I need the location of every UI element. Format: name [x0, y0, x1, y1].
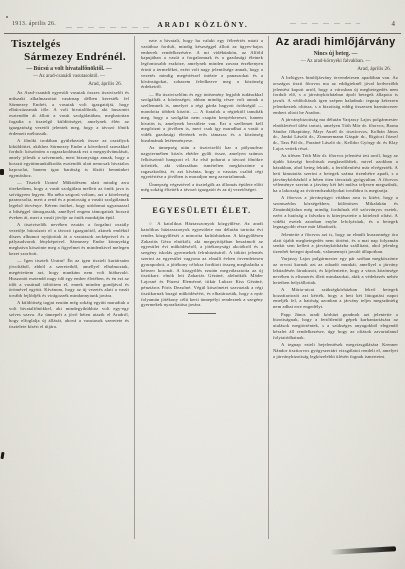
section-heading: EGYESÜLETI ÉLET. — [141, 206, 263, 215]
body-paragraph: Az ülésen Tóth Mór dr. főorvos jelentést… — [273, 153, 398, 194]
left-column: Tisztelgés Sármezey Endrénél. — Búcsú a … — [9, 38, 129, 331]
masthead: 1913. április 26. ARADI KÖZLÖNY. 4 — [8, 19, 398, 32]
body-paragraph: A belügyes himlőjárvány örvendetesen apa… — [273, 75, 398, 116]
body-paragraph: Az ünnepség után a tisztviselői kar a pá… — [141, 145, 263, 180]
body-paragraph: Ünnepség végeztével a tisztelgők az állo… — [141, 182, 263, 194]
body-paragraph: — Ha tisztviselőim és egy intézmény legj… — [141, 92, 263, 144]
middle-column: ezte a hivatalt, hogy ha valaki egy félr… — [141, 38, 263, 314]
newspaper-scan-page: 1913. április 26. ARADI KÖZLÖNY. 4 Tiszt… — [0, 0, 405, 569]
left-article-headline-line1: Tisztelgés — [9, 38, 129, 50]
body-paragraph: A Mária-utcai szükségkórházban fekvő bet… — [273, 287, 398, 310]
body-paragraph: Varjassy Lajos polgármester egy pár szób… — [273, 256, 398, 285]
body-paragraph: A küldöttség tagjai ezután még sokáig eg… — [9, 300, 129, 329]
header-rule — [4, 33, 401, 34]
page-number: 4 — [392, 20, 396, 28]
ink-smudge — [330, 546, 396, 554]
article-end-rule — [188, 313, 216, 314]
right-article-subdeck: — Az arad-környéki falvakban. — — [273, 59, 398, 64]
body-paragraph: Jelentette a főorvos azt is, hogy az elm… — [273, 232, 398, 255]
section-body: ○ A katolikus Háziasszonyok közgyűlése. … — [141, 221, 263, 308]
body-paragraph: A tegnap esteli bejelentések megvizsgálá… — [273, 342, 398, 359]
left-article-deck: — Búcsú a volt hivatalfőnöktől. — — [9, 66, 129, 72]
middle-column-body: ezte a hivatalt, hogy ha valaki egy félr… — [141, 38, 263, 193]
masthead-rule-fragment — [290, 23, 360, 24]
ink-speck — [0, 169, 4, 175]
left-article-headline-line2: Sármezey Endrénél. — [9, 51, 129, 63]
body-paragraph: ezte a hivatalt, hogy ha valaki egy félr… — [141, 38, 263, 90]
right-column: Az aradi himlőjárvány Nincs új beteg. — … — [273, 36, 398, 361]
left-article-subdeck: — Az arad-csanádi vasutasoktól. — — [9, 74, 129, 79]
body-paragraph: — Tisztelt Uraim! Működésem alatt mindig… — [9, 180, 129, 221]
ink-speck — [6, 16, 8, 18]
left-article-body: Az Arad-csanádi egyesült vasutak összes … — [9, 90, 129, 329]
column-divider — [268, 36, 269, 539]
masthead-rule-fragment — [66, 27, 154, 28]
right-article-dateline: Arad, április 26. — [273, 66, 398, 72]
right-article-deck: Nincs új beteg. — — [273, 51, 398, 57]
left-article-dateline: Arad, április 26. — [9, 81, 129, 87]
body-paragraph: Papp János aradi kórházi gondnok azt jel… — [273, 312, 398, 341]
body-paragraph: — Igen tisztelt Uraim! Én az igen tiszte… — [9, 258, 129, 299]
column-divider — [134, 36, 135, 539]
body-paragraph: A főorvos a járványügyi vitában arra is … — [273, 195, 398, 230]
body-paragraph: A főnöki irodában gyülekeztek össze az o… — [9, 138, 129, 179]
body-paragraph: A járványbizottság ma délután Varjassy L… — [273, 117, 398, 152]
body-paragraph: ○ A katolikus Háziasszonyok közgyűlése. … — [141, 221, 263, 308]
section-divider-rule — [141, 198, 263, 199]
body-paragraph: Az Arad-csanádi egyesült vasutak összes … — [9, 90, 129, 136]
body-paragraph: A tisztviselők nevében ezután a forgalmi… — [9, 222, 129, 257]
ink-speck — [0, 452, 4, 459]
right-article-headline: Az aradi himlőjárvány — [273, 36, 398, 48]
right-article-body: A belügyes himlőjárvány örvendetesen apa… — [273, 75, 398, 359]
